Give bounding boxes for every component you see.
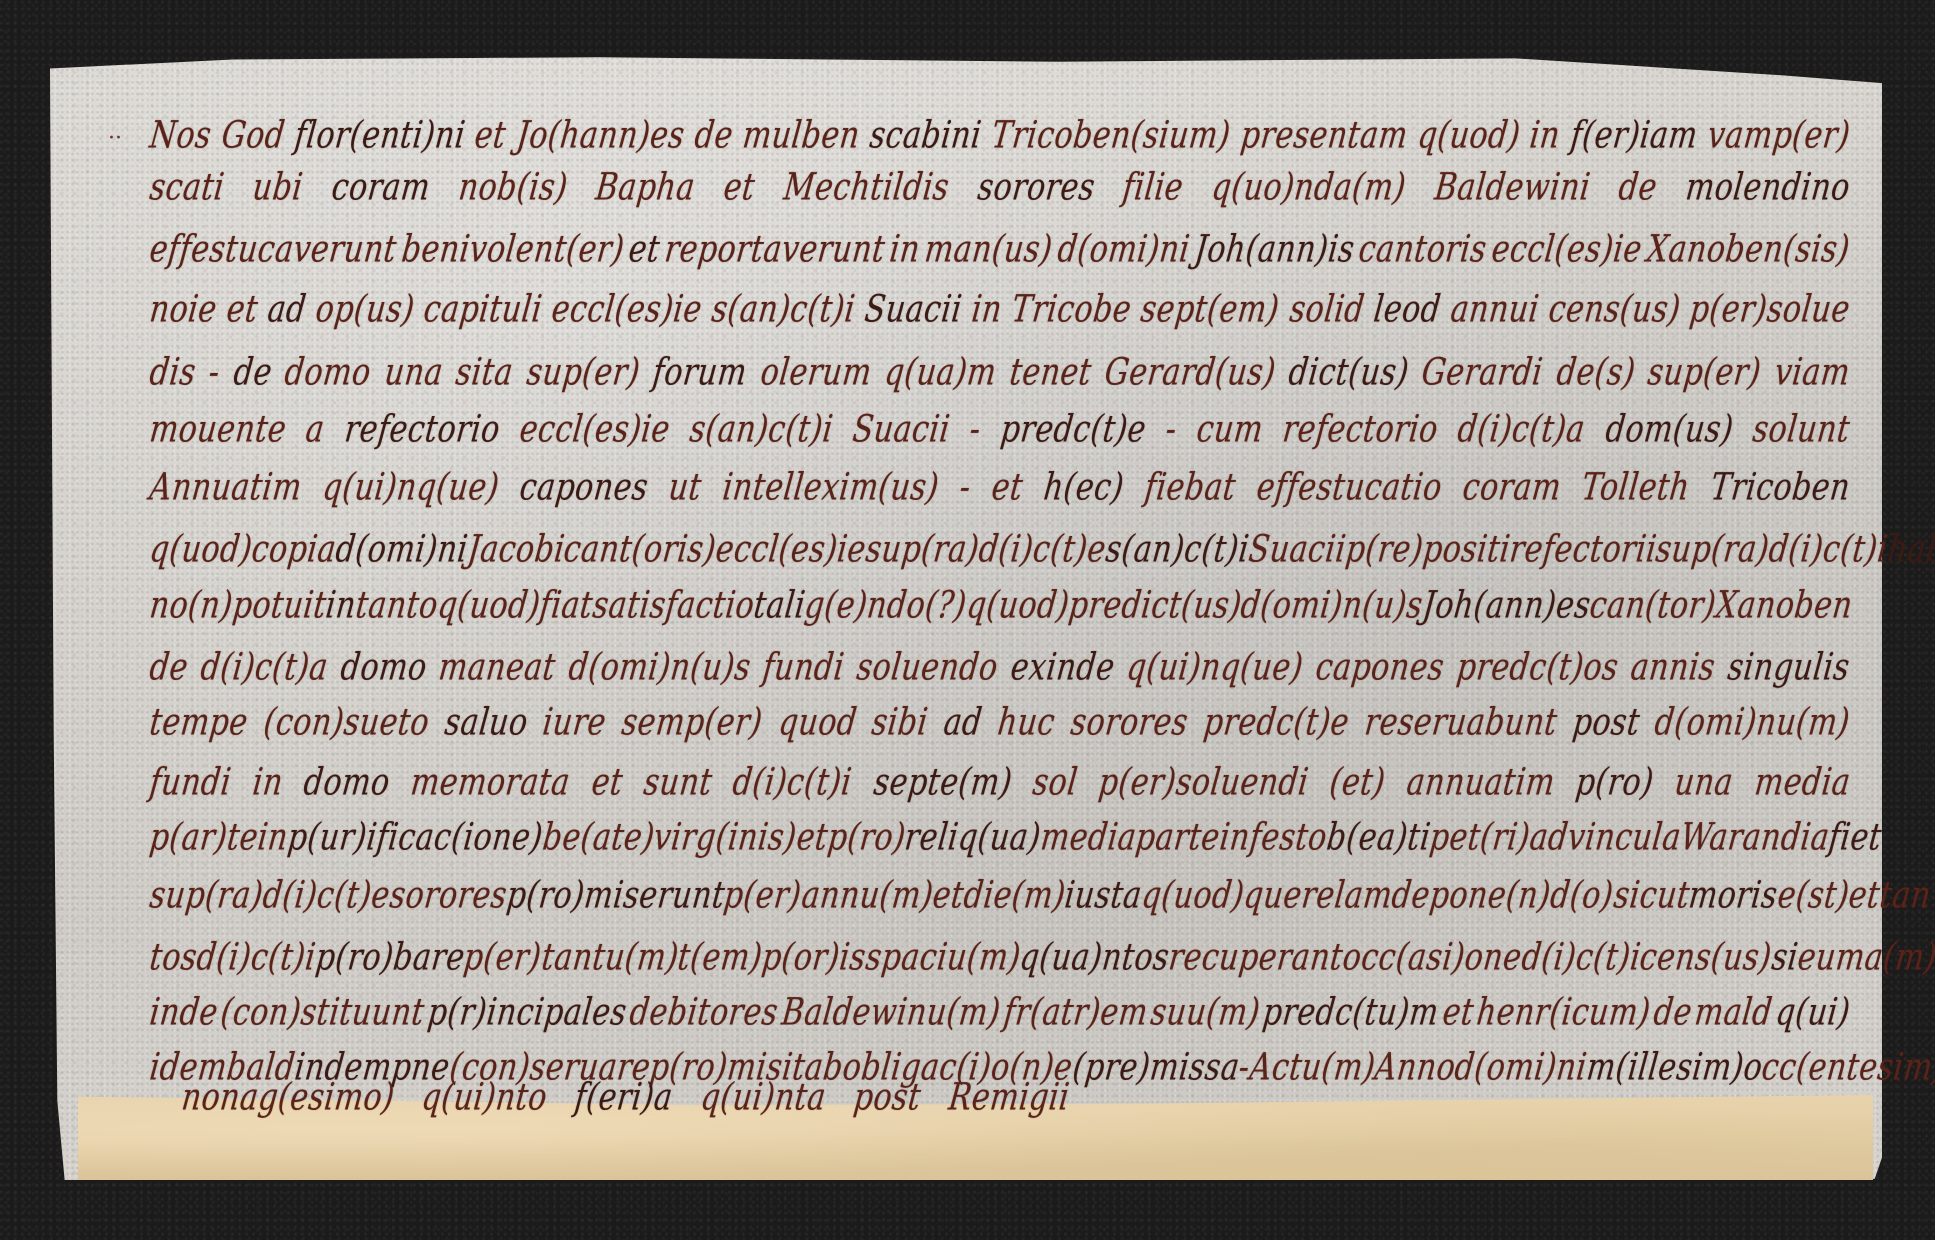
manuscript-word: ad	[941, 701, 984, 745]
manuscript-word: sept(em)	[1139, 288, 1282, 332]
manuscript-word: quod	[776, 701, 859, 745]
manuscript-word: a	[304, 408, 327, 452]
manuscript-word: cantoris	[1357, 228, 1489, 272]
manuscript-word: Baldewini	[1433, 166, 1593, 210]
manuscript-word: de(s)	[1554, 351, 1637, 395]
manuscript-word: in	[888, 228, 923, 272]
manuscript-word: domo	[338, 646, 429, 690]
manuscript-word: predict(us)	[1066, 584, 1244, 628]
manuscript-word: iusta	[1063, 874, 1145, 918]
manuscript-word: post	[851, 1076, 923, 1120]
manuscript-word: q(ui)nq(ue)	[320, 466, 501, 510]
manuscript-word: annui	[1448, 288, 1541, 332]
manuscript-word: Joh(ann)es	[1421, 584, 1593, 628]
manuscript-word: scati	[148, 166, 227, 210]
manuscript-word: e(st)	[1775, 874, 1851, 918]
manuscript-word: olerum	[758, 351, 873, 395]
manuscript-word: q(uo)nda(m)	[1210, 166, 1409, 210]
text-line-10: ded(i)c(t)adomomaneatd(omi)n(u)sfundisol…	[150, 650, 1850, 685]
text-line-1: NosGodflor(enti)nietJo(hann)esdemulbensc…	[150, 118, 1850, 153]
manuscript-word: p(ur)ificac(ione)	[286, 816, 546, 860]
manuscript-word: de	[692, 114, 735, 158]
text-line-3: effestucaveruntbenivolent(er)etreportave…	[150, 232, 1850, 267]
text-line-11: tempe(con)suetosaluoiuresemp(er)quodsibi…	[150, 705, 1850, 740]
manuscript-word: nonag(esimo)	[180, 1076, 397, 1120]
manuscript-word: una	[1673, 761, 1736, 805]
manuscript-word: eccl(es)ie	[550, 288, 705, 332]
manuscript-word: Gerardi	[1420, 351, 1546, 395]
text-line-6: mouentearefectorioeccl(es)ies(an)c(t)iSu…	[150, 412, 1850, 447]
manuscript-word: semp(er)	[620, 701, 765, 745]
manuscript-word: p(ro)miserunt	[504, 874, 727, 918]
manuscript-word: et	[1440, 991, 1476, 1035]
manuscript-word: solunt	[1751, 408, 1853, 452]
manuscript-word: et	[589, 761, 625, 805]
manuscript-word: ubi	[251, 166, 306, 210]
manuscript-word: -	[968, 408, 984, 452]
manuscript-word: sup(ra)d(i)c(t)i	[1654, 528, 1891, 572]
manuscript-word: predc(t)e	[1201, 701, 1351, 745]
manuscript-word: et	[1846, 874, 1882, 918]
manuscript-word: fundi	[148, 761, 234, 805]
manuscript-word: iure	[541, 701, 609, 745]
manuscript-word: op(us)	[313, 288, 416, 332]
manuscript-word: sol	[1031, 761, 1080, 805]
manuscript-word: fundi	[761, 646, 847, 690]
manuscript-word: fiebat	[1142, 466, 1238, 510]
manuscript-word: de	[148, 646, 191, 690]
manuscript-word: leod	[1371, 288, 1443, 332]
manuscript-word: reliq(ua)	[903, 816, 1044, 860]
manuscript-word: post	[1570, 701, 1642, 745]
manuscript-word: in	[323, 584, 358, 628]
manuscript-word: occ(asi)one	[1341, 936, 1525, 980]
manuscript-word: pet(ri)	[1428, 816, 1533, 860]
manuscript-word: spaciu(m)	[863, 936, 1022, 980]
manuscript-word: domo	[301, 761, 392, 805]
manuscript-word: benivolent(er)	[399, 228, 626, 272]
manuscript-word: sup(er)	[524, 351, 642, 395]
manuscript-word: recuperant	[1167, 936, 1346, 980]
manuscript-word: coram	[1460, 466, 1563, 510]
manuscript-word: tan	[1877, 874, 1933, 918]
manuscript-word: eum	[1795, 936, 1867, 980]
manuscript-word: Bapha	[594, 166, 698, 210]
manuscript-word: d(i)c(t)a	[1456, 408, 1588, 452]
manuscript-word: tali	[751, 584, 807, 628]
manuscript-word: moris	[1687, 874, 1780, 918]
manuscript-word: q(ui)nta	[699, 1076, 829, 1120]
manuscript-word: refectorio	[343, 408, 503, 452]
manuscript-word: annis	[1629, 646, 1718, 690]
manuscript-word: tenet	[1007, 351, 1093, 395]
manuscript-word: refectorii	[1507, 528, 1658, 572]
manuscript-word: d(omi)ni	[334, 528, 471, 572]
manuscript-word: d(omi)nu(m)	[1653, 701, 1853, 745]
text-line-13: p(ar)teinp(ur)ificac(ione)be(ate)virg(in…	[150, 820, 1850, 855]
manuscript-word: eccl(es)ie	[518, 408, 673, 452]
manuscript-word: et	[224, 288, 260, 332]
text-line-2: scatiubicoramnob(is)BaphaetMechtildissor…	[150, 170, 1850, 205]
text-line-18: nonag(esimo)q(ui)ntof(eri)aq(ui)ntapostR…	[182, 1080, 1882, 1115]
text-line-14: sup(ra)d(i)c(t)esororesp(ro)miseruntp(er…	[150, 878, 1850, 913]
manuscript-word: annu(m)	[799, 874, 935, 918]
manuscript-word: fr(atr)em	[1001, 991, 1150, 1035]
manuscript-word: Suacii	[1246, 528, 1348, 572]
manuscript-word: viam	[1773, 351, 1853, 395]
manuscript-word: be(ate)	[540, 816, 656, 860]
manuscript-word: festo	[1247, 816, 1329, 860]
manuscript-word: q(ua)ntos	[1018, 936, 1172, 980]
manuscript-word: in	[970, 288, 1005, 332]
manuscript-word: q(uod)	[435, 584, 542, 628]
manuscript-word: Tricobe	[1010, 288, 1134, 332]
manuscript-word: f(er)iam	[1568, 114, 1699, 158]
manuscript-word: potuit	[230, 584, 328, 628]
manuscript-word: domo	[283, 351, 374, 395]
manuscript-word: sorores	[387, 874, 509, 918]
manuscript-word: Gerard(us)	[1102, 351, 1278, 395]
manuscript-word: copia	[250, 528, 339, 572]
manuscript-word: Tricoben(sium)	[990, 114, 1233, 158]
manuscript-word: maneat	[437, 646, 558, 690]
manuscript-word: Warandia	[1678, 816, 1831, 860]
manuscript-word: reportaverunt	[663, 228, 888, 272]
manuscript-word: Jo(hann)es	[514, 114, 686, 158]
manuscript-word: no(n)	[148, 584, 236, 628]
manuscript-word: predc(t)os	[1455, 646, 1621, 690]
manuscript-word: predc(tu)m	[1261, 991, 1441, 1035]
text-line-16: inde(con)stituuntp(r)incipalesdebitoresB…	[150, 995, 1850, 1030]
manuscript-word: eccl(es)ie	[714, 528, 869, 572]
manuscript-word: henr(icum)	[1474, 991, 1652, 1035]
manuscript-word: p(er)	[722, 874, 804, 918]
manuscript-word: p(ro)	[1574, 761, 1656, 805]
text-line-12: fundiindomomemorataetsuntd(i)c(t)isepte(…	[150, 765, 1850, 800]
manuscript-word: et	[989, 466, 1025, 510]
manuscript-word: man(us)	[923, 228, 1055, 272]
text-line-8: q(uod)copiad(omi)niJacobicant(oris)eccl(…	[150, 532, 1850, 567]
manuscript-word: singulis	[1726, 646, 1852, 690]
manuscript-word: Suacii	[863, 288, 965, 332]
manuscript-word: mulben	[741, 114, 863, 158]
manuscript-word: annuatim	[1404, 761, 1557, 805]
text-line-4: noieetadop(us)capitulieccl(es)ies(an)c(t…	[150, 292, 1850, 327]
manuscript-word: septe(m)	[871, 761, 1014, 805]
manuscript-word: depone(n)d(o)	[1390, 874, 1616, 918]
manuscript-word: flor(enti)ni	[292, 114, 467, 158]
manuscript-word: molendino	[1684, 166, 1853, 210]
manuscript-word: d(omi)n(u)s	[566, 646, 753, 690]
manuscript-word: die(m)	[961, 874, 1067, 918]
manuscript-word: tantu(m)	[539, 936, 680, 980]
manuscript-word: Jacobi	[465, 528, 566, 572]
manuscript-word: memorata	[409, 761, 573, 805]
manuscript-word: in	[250, 761, 285, 805]
manuscript-word: Xanoben(sis)	[1645, 228, 1853, 272]
manuscript-word: ut	[667, 466, 704, 510]
manuscript-word: nob(is)	[456, 166, 569, 210]
manuscript-word: debitores	[628, 991, 781, 1035]
manuscript-word: predc(t)e	[999, 408, 1149, 452]
manuscript-word: in	[1528, 114, 1563, 158]
manuscript-word: dom(us)	[1603, 408, 1735, 452]
manuscript-word: inde	[148, 991, 221, 1035]
manuscript-word: sorores	[975, 166, 1097, 210]
manuscript-word: capones	[1314, 646, 1447, 690]
manuscript-word: et	[721, 166, 757, 210]
manuscript-word: d(i)c(t)i	[195, 936, 318, 980]
manuscript-word: s(an)c(t)i	[710, 288, 858, 332]
manuscript-word: p(er)solue	[1688, 288, 1853, 332]
text-line-7: Annuatimq(ui)nq(ue)caponesutintellexim(u…	[150, 470, 1850, 505]
manuscript-word: intellexim(us)	[720, 466, 941, 510]
manuscript-word: eccl(es)ie	[1490, 228, 1645, 272]
manuscript-word: mouente	[148, 408, 289, 452]
manuscript-word: sita	[454, 351, 516, 395]
manuscript-word: p(ro)bare	[313, 936, 467, 980]
manuscript-word: presentam	[1238, 114, 1410, 158]
manuscript-word: sup(ra)d(i)c(t)e	[148, 874, 393, 918]
manuscript-word: sup(er)	[1646, 351, 1764, 395]
manuscript-word: sibi	[870, 701, 931, 745]
manuscript-word: in	[1217, 816, 1252, 860]
manuscript-word: Nos	[148, 114, 214, 158]
manuscript-word: p(r)incipales	[426, 991, 630, 1035]
manuscript-word: q(ui)nq(ue)	[1125, 646, 1306, 690]
manuscript-word: et	[627, 228, 663, 272]
manuscript-word: (con)stituunt	[219, 991, 427, 1035]
manuscript-word: exinde	[1009, 646, 1117, 690]
manuscript-word: a(m)plius	[1862, 936, 1935, 980]
manuscript-word: cens(us)	[1546, 288, 1682, 332]
manuscript-word: dis	[148, 351, 199, 395]
manuscript-word: sup(ra)d(i)c(t)e	[864, 528, 1109, 572]
manuscript-word: g(e)ndo(?)	[803, 584, 969, 628]
manuscript-word: et	[794, 816, 830, 860]
manuscript-word: b(ea)ti	[1324, 816, 1432, 860]
manuscript-word: s(an)c(t)i	[1104, 528, 1252, 572]
manuscript-word: sicut	[1611, 874, 1692, 918]
manuscript-word: fiet	[1827, 816, 1884, 860]
manuscript-word: Tolleth	[1580, 466, 1692, 510]
manuscript-word: Joh(ann)is	[1192, 228, 1356, 272]
manuscript-word: vincula	[1566, 816, 1684, 860]
manuscript-word: h(ec)	[1041, 466, 1126, 510]
manuscript-word: de	[1617, 166, 1660, 210]
manuscript-word: d(i)c(t)a	[198, 646, 330, 690]
charter-text: ·· NosGodflor(enti)nietJo(hann)esdemulbe…	[0, 0, 1935, 1240]
manuscript-word: saluo	[442, 701, 530, 745]
manuscript-word: forum	[651, 351, 750, 395]
text-line-5: dis-dedomounasitasup(er)forumolerumq(ua)…	[150, 355, 1850, 390]
manuscript-word: (et)	[1328, 761, 1388, 805]
manuscript-word: media	[1752, 761, 1852, 805]
manuscript-word: -	[957, 466, 973, 510]
text-line-9: no(n)potuitintantoq(uod)fiatsatisfactiot…	[150, 588, 1850, 623]
manuscript-word: parte	[1134, 816, 1223, 860]
manuscript-word: sunt	[641, 761, 714, 805]
manuscript-word: suu(m)	[1149, 991, 1263, 1035]
manuscript-word: fiat	[537, 584, 595, 628]
manuscript-word: s(an)c(t)i	[688, 408, 836, 452]
manuscript-word: cant(oris)	[562, 528, 719, 572]
manuscript-word: p(re)positi	[1343, 528, 1512, 572]
manuscript-word: et	[473, 114, 509, 158]
manuscript-word: satisfactio	[590, 584, 756, 628]
manuscript-word: Xanoben	[1714, 584, 1855, 628]
manuscript-word: Tricoben	[1708, 466, 1852, 510]
manuscript-word: scabini	[868, 114, 984, 158]
manuscript-word: p(ro)	[825, 816, 907, 860]
manuscript-word: d(omi)ni	[1055, 228, 1192, 272]
manuscript-word: de	[1651, 991, 1694, 1035]
manuscript-word: (con)sueto	[261, 701, 431, 745]
manuscript-word: d(omi)n(u)s	[1239, 584, 1426, 628]
manuscript-word: coram	[329, 166, 432, 210]
manuscript-word: Baldewinu(m)	[779, 991, 1002, 1035]
manuscript-word: t(em)p(or)is	[676, 936, 869, 980]
manuscript-word: capituli	[422, 288, 545, 332]
manuscript-word: mald	[1693, 991, 1775, 1035]
manuscript-word: tos	[148, 936, 200, 980]
manuscript-word: p(ar)te	[148, 816, 261, 860]
manuscript-word: God	[219, 114, 287, 158]
manuscript-word: media	[1038, 816, 1138, 860]
manuscript-word: effestucatio	[1254, 466, 1444, 510]
manuscript-word: effestucaverunt	[148, 228, 399, 272]
manuscript-word: f(eri)a	[573, 1076, 676, 1120]
text-line-15: tosd(i)c(t)ip(ro)barep(er)tantu(m)t(em)p…	[150, 940, 1850, 975]
manuscript-word: q(uod)	[148, 528, 255, 572]
manuscript-word: soluendo	[855, 646, 1001, 690]
manuscript-word: huc	[995, 701, 1057, 745]
manuscript-word: tempe	[148, 701, 251, 745]
manuscript-word: ad	[265, 288, 308, 332]
manuscript-word: Suacii	[851, 408, 953, 452]
manuscript-word: et	[930, 874, 966, 918]
manuscript-word: sorores	[1068, 701, 1190, 745]
manuscript-word: querelam	[1242, 874, 1395, 918]
manuscript-word: ad	[1527, 816, 1570, 860]
manuscript-word: filie	[1121, 166, 1186, 210]
manuscript-word: q(ua)m	[882, 351, 998, 395]
manuscript-word: vamp(er)	[1705, 114, 1852, 158]
manuscript-word: dict(us)	[1287, 351, 1412, 395]
manuscript-word: virg(inis)	[652, 816, 799, 860]
manuscript-word: q(ui)nto	[420, 1076, 550, 1120]
manuscript-word: cum	[1195, 408, 1266, 452]
manuscript-word: q(uod)	[1139, 874, 1246, 918]
manuscript-word: -	[207, 351, 223, 395]
manuscript-word: capones	[518, 466, 651, 510]
manuscript-word: p(er)	[462, 936, 544, 980]
manuscript-word: q(ui)	[1773, 991, 1852, 1035]
manuscript-word: can(tor)	[1588, 584, 1719, 628]
manuscript-word: refectorio	[1281, 408, 1441, 452]
manuscript-word: solid	[1287, 288, 1366, 332]
manuscript-word: haberi	[1885, 528, 1935, 572]
manuscript-word: q(uod)	[964, 584, 1071, 628]
manuscript-word: Remigii	[946, 1076, 1071, 1120]
manuscript-word: q(uod)	[1415, 114, 1522, 158]
manuscript-word: reseruabunt	[1362, 701, 1559, 745]
manuscript-word: de	[231, 351, 274, 395]
manuscript-word: una	[382, 351, 445, 395]
manuscript-word: tanto	[353, 584, 440, 628]
manuscript-word: cens(us)	[1638, 936, 1774, 980]
manuscript-word: -	[1164, 408, 1180, 452]
manuscript-word: d(i)c(t)i	[731, 761, 854, 805]
manuscript-word: p(er)soluendi	[1097, 761, 1311, 805]
manuscript-word: d(i)c(t)i	[1519, 936, 1642, 980]
manuscript-word: Mechtildis	[781, 166, 951, 210]
manuscript-word: Annuatim	[148, 466, 305, 510]
opening-mark: ··	[108, 126, 122, 151]
manuscript-word: noie	[148, 288, 220, 332]
